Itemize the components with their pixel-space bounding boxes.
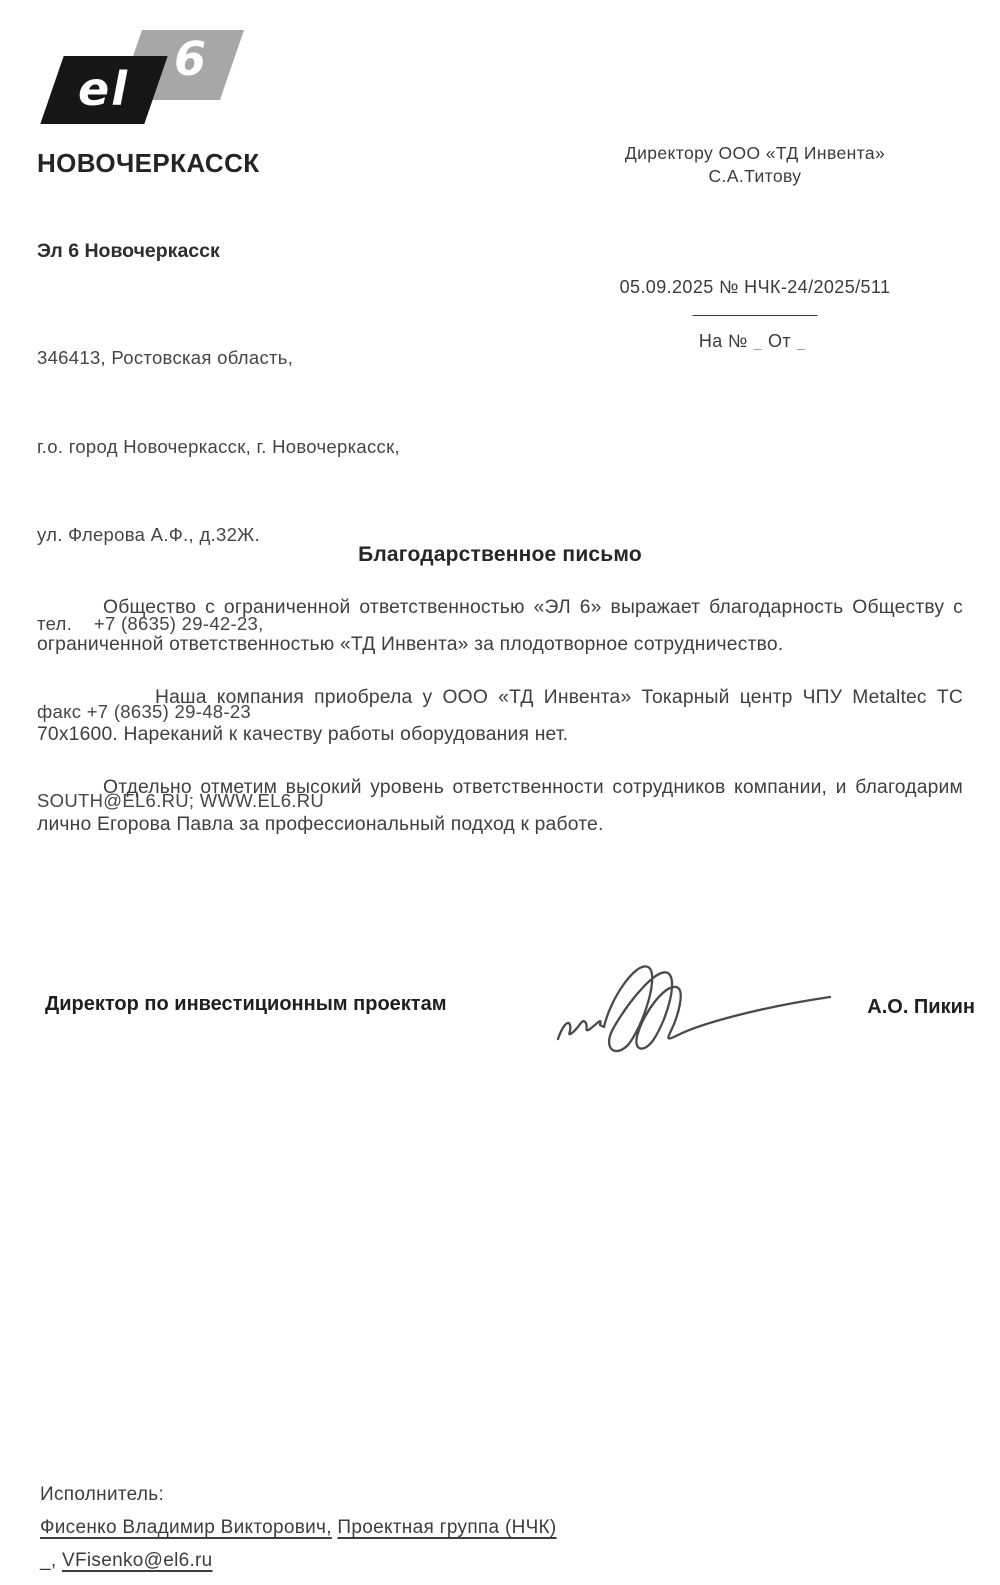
- signer-position: Директор по инвестиционным проектам: [45, 993, 447, 1016]
- reply-blank-number: _: [748, 334, 768, 350]
- reference-block: 05.09.2025 № НЧК-24/2025/511 ___________…: [530, 277, 980, 352]
- executor-group: Проектная группа (НЧК): [337, 1517, 556, 1538]
- recipient-line1: Директору ООО «ТД Инвента»: [530, 142, 980, 165]
- sender-address-line: 346413, Ростовская область,: [37, 343, 400, 373]
- recipient-line2: С.А.Титову: [530, 165, 980, 188]
- sender-name: Эл 6 Новочеркасск: [37, 240, 220, 263]
- company-logo: 6 el: [46, 30, 238, 126]
- executor-label: Исполнитель:: [40, 1478, 557, 1511]
- executor-email-prefix: _,: [40, 1550, 62, 1571]
- logo-city-label: НОВОЧЕРКАССК: [37, 148, 260, 179]
- letter-date-number: 05.09.2025 № НЧК-24/2025/511: [530, 277, 980, 298]
- letter-page: 6 el НОВОЧЕРКАССК Директору ООО «ТД Инве…: [0, 0, 1000, 1585]
- reply-reference-line: На №_От_: [530, 331, 980, 352]
- executor-email-line: _, VFisenko@el6.ru: [40, 1544, 557, 1577]
- reference-rule: ______________: [530, 300, 980, 318]
- letter-title: Благодарственное письмо: [0, 543, 1000, 567]
- executor-block: Исполнитель: Фисенко Владимир Викторович…: [40, 1478, 557, 1577]
- reply-mid: От: [768, 331, 791, 351]
- letter-paragraph-3: Отдельно отметим высокий уровень ответст…: [37, 769, 963, 843]
- logo-6-glyph: 6: [174, 32, 206, 86]
- letter-paragraph-1: Общество с ограниченной ответственностью…: [37, 589, 963, 663]
- reply-blank-date: _: [791, 334, 811, 350]
- executor-email-link[interactable]: VFisenko@el6.ru: [62, 1550, 213, 1571]
- logo-el-glyph: el: [78, 62, 129, 116]
- recipient-block: Директору ООО «ТД Инвента» С.А.Титову: [530, 142, 980, 188]
- handwritten-signature: [552, 955, 837, 1065]
- letter-paragraph-2: Наша компания приобрела у ООО «ТД Инвент…: [37, 679, 963, 753]
- executor-person: Фисенко Владимир Викторович,: [40, 1517, 332, 1538]
- letter-body: Общество с ограниченной ответственностью…: [37, 589, 963, 859]
- executor-person-line: Фисенко Владимир Викторович, Проектная г…: [40, 1511, 557, 1544]
- reply-prefix: На №: [699, 331, 748, 351]
- signer-name: А.О. Пикин: [867, 996, 975, 1019]
- sender-address-line: г.о. город Новочеркасск, г. Новочеркасск…: [37, 432, 400, 462]
